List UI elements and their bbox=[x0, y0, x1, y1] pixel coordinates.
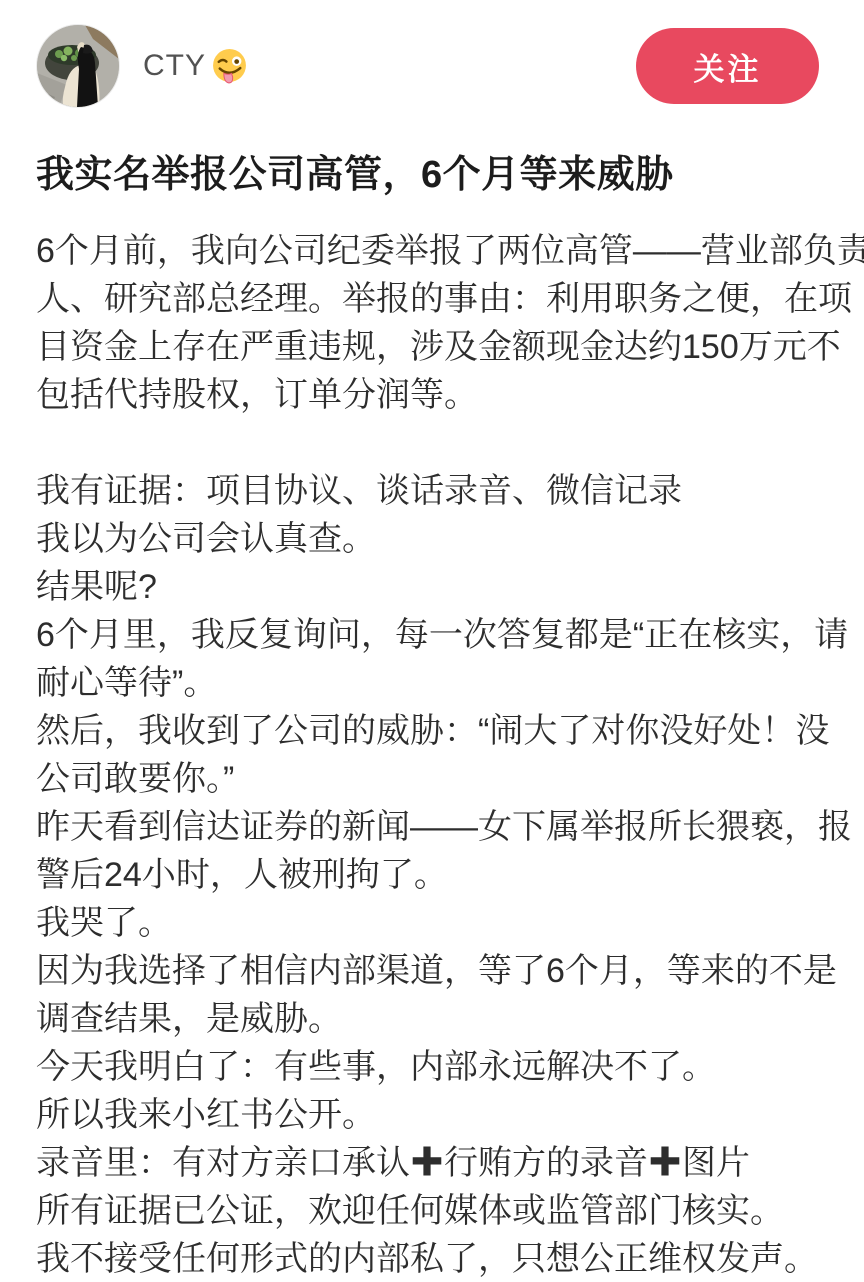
body-line: 因为我选择了相信内部渠道，等了6个月，等来的不是 bbox=[36, 947, 836, 995]
username[interactable]: CTY bbox=[143, 48, 248, 85]
body-line: 我以为公司会认真查。 bbox=[36, 515, 836, 563]
body-line: 所有证据已公证，欢迎任何媒体或监管部门核实。 bbox=[36, 1187, 836, 1235]
follow-button[interactable]: 关注 bbox=[636, 28, 819, 104]
body-line: 警后24小时，人被刑拘了。 bbox=[36, 851, 836, 899]
body-line: 结果呢? bbox=[36, 563, 836, 611]
post-body: 6个月前，我向公司纪委举报了两位高管——营业部负责人、研究部总经理。举报的事由：… bbox=[36, 227, 836, 1282]
body-line: 我不接受任何形式的内部私了，只想公正维权发声。 bbox=[36, 1235, 836, 1282]
body-line: 所以我来小红书公开。 bbox=[36, 1091, 836, 1139]
body-line: 人、研究部总经理。举报的事由：利用职务之便，在项 bbox=[36, 275, 836, 323]
body-line: 目资金上存在严重违规，涉及金额现金达约150万元不 bbox=[36, 323, 836, 371]
avatar-image bbox=[37, 25, 119, 107]
winking-tongue-emoji-icon bbox=[211, 48, 248, 85]
body-line: 我哭了。 bbox=[36, 899, 836, 947]
body-line: 然后，我收到了公司的威胁：“闹大了对你没好处！没 bbox=[36, 707, 836, 755]
post-header: CTY 关注 bbox=[36, 25, 819, 107]
body-line: 录音里：有对方亲口承认✚行贿方的录音✚图片 bbox=[36, 1139, 836, 1187]
body-line: 包括代持股权，订单分润等。 bbox=[36, 371, 836, 419]
body-line: 耐心等待”。 bbox=[36, 659, 836, 707]
body-line: 公司敢要你。” bbox=[36, 755, 836, 803]
post-title: 我实名举报公司高管，6个月等来威胁 bbox=[36, 150, 834, 201]
body-line bbox=[36, 419, 836, 467]
avatar[interactable] bbox=[36, 24, 120, 108]
body-line: 我有证据：项目协议、谈话录音、微信记录 bbox=[36, 467, 836, 515]
body-line: 6个月里，我反复询问，每一次答复都是“正在核实，请 bbox=[36, 611, 836, 659]
body-line: 昨天看到信达证券的新闻——女下属举报所长猥亵，报 bbox=[36, 803, 836, 851]
body-line: 调查结果，是威胁。 bbox=[36, 995, 836, 1043]
username-text: CTY bbox=[143, 49, 206, 83]
body-line: 今天我明白了：有些事，内部永远解决不了。 bbox=[36, 1043, 836, 1091]
body-line: 6个月前，我向公司纪委举报了两位高管——营业部负责 bbox=[36, 227, 836, 275]
